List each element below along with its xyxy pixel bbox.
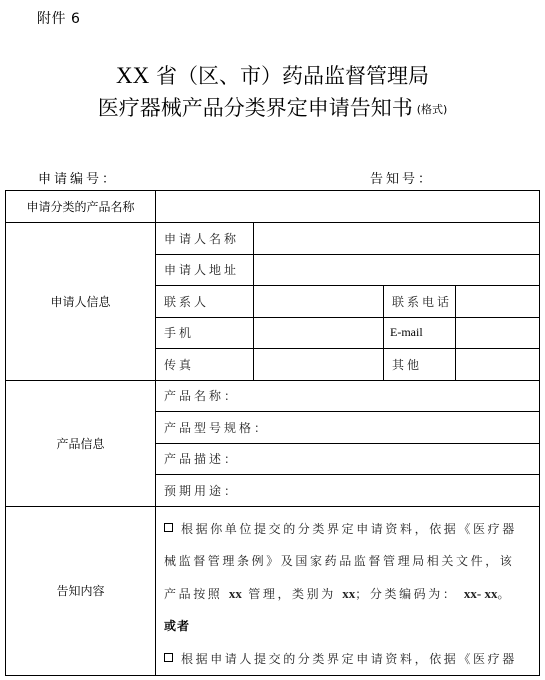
mobile-label: 手机 bbox=[156, 317, 254, 349]
product-model-spec-field[interactable]: 产品型号规格： bbox=[156, 412, 540, 444]
contact-person-label: 联系人 bbox=[156, 286, 254, 318]
option1-text-end: 。 bbox=[498, 587, 513, 601]
other-label: 其他 bbox=[384, 349, 456, 381]
product-name-row: 申请分类的产品名称 bbox=[6, 191, 540, 223]
notice-content: 根据你单位提交的分类界定申请资料，依据《医疗器 械监督管理条例》及国家药品监督管… bbox=[156, 506, 540, 676]
applicant-name-field[interactable] bbox=[254, 223, 540, 255]
product-description-field[interactable]: 产品描述： bbox=[156, 443, 540, 475]
option1-text-3c: ；分类编码为： bbox=[355, 587, 457, 601]
contact-phone-field[interactable] bbox=[456, 286, 540, 318]
email-label: E-mail bbox=[384, 317, 456, 349]
notice-number-label: 告知号： bbox=[370, 168, 434, 187]
document-title-line1: XX 省（区、市）药品监督管理局 bbox=[0, 62, 545, 90]
fax-field[interactable] bbox=[254, 349, 384, 381]
product-name-label: 申请分类的产品名称 bbox=[6, 191, 156, 223]
contact-person-field[interactable] bbox=[254, 286, 384, 318]
or-label: 或者 bbox=[164, 610, 533, 643]
notice-option1-line1: 根据你单位提交的分类界定申请资料，依据《医疗器 bbox=[164, 513, 533, 546]
option1-checkbox[interactable] bbox=[164, 523, 173, 532]
product-info-name-row: 产品信息 产品名称： bbox=[6, 380, 540, 412]
application-number-label: 申请编号： bbox=[38, 168, 118, 187]
classification-form-table: 申请分类的产品名称 申请人信息 申请人名称 申请人地址 联系人 联系电话 手机 … bbox=[5, 190, 540, 676]
title-document-name: 医疗器械产品分类界定申请告知书 bbox=[98, 96, 413, 120]
title-format-note: (格式) bbox=[417, 103, 448, 116]
title-province-placeholder: XX bbox=[116, 63, 149, 88]
product-info-name-field[interactable]: 产品名称： bbox=[156, 380, 540, 412]
email-field[interactable] bbox=[456, 317, 540, 349]
document-title-line2: 医疗器械产品分类界定申请告知书(格式) bbox=[0, 94, 545, 124]
intended-use-field[interactable]: 预期用途： bbox=[156, 475, 540, 507]
applicant-section-heading: 申请人信息 bbox=[6, 223, 156, 381]
notice-option1-line2: 械监督管理条例》及国家药品监督管理局相关文件，该 bbox=[164, 545, 533, 578]
attachment-label: 附件 6 bbox=[37, 8, 80, 28]
option2-checkbox[interactable] bbox=[164, 653, 173, 662]
notice-content-row: 告知内容 根据你单位提交的分类界定申请资料，依据《医疗器 械监督管理条例》及国家… bbox=[6, 506, 540, 676]
contact-phone-label: 联系电话 bbox=[384, 286, 456, 318]
notice-section-heading: 告知内容 bbox=[6, 506, 156, 676]
option1-text-3a: 产品按照 bbox=[164, 587, 222, 601]
mobile-field[interactable] bbox=[254, 317, 384, 349]
other-field[interactable] bbox=[456, 349, 540, 381]
product-name-field[interactable] bbox=[156, 191, 540, 223]
option1-text-1: 根据你单位提交的分类界定申请资料，依据《医疗器 bbox=[181, 522, 517, 536]
applicant-address-field[interactable] bbox=[254, 254, 540, 286]
product-section-heading: 产品信息 bbox=[6, 380, 156, 506]
fax-label: 传真 bbox=[156, 349, 254, 381]
applicant-address-label: 申请人地址 bbox=[156, 254, 254, 286]
applicant-name-label: 申请人名称 bbox=[156, 223, 254, 255]
category-placeholder: xx bbox=[342, 586, 355, 601]
notice-option2-line1: 根据申请人提交的分类界定申请资料，依据《医疗器 bbox=[164, 643, 533, 676]
applicant-name-row: 申请人信息 申请人名称 bbox=[6, 223, 540, 255]
option2-text-1: 根据申请人提交的分类界定申请资料，依据《医疗器 bbox=[181, 652, 517, 666]
notice-option1-line3: 产品按照 xx 管理，类别为 xx；分类编码为： xx- xx。 bbox=[164, 578, 533, 611]
management-type-placeholder: xx bbox=[229, 586, 242, 601]
title-agency: 省（区、市）药品监督管理局 bbox=[149, 64, 429, 88]
option1-text-3b: 管理，类别为 bbox=[248, 587, 336, 601]
classification-code-placeholder: xx- xx bbox=[464, 586, 498, 601]
